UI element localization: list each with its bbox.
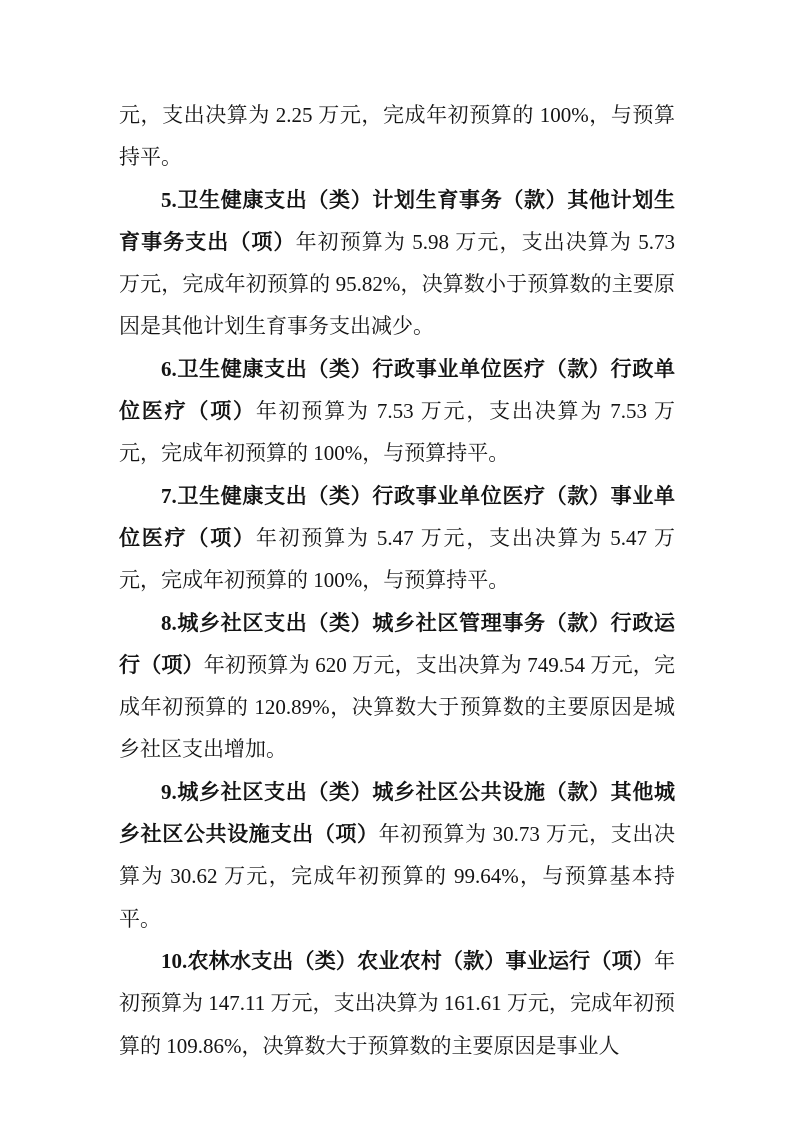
document-page: 元，支出决算为 2.25 万元，完成年初预算的 100%，与预算持平。 5.卫生… — [0, 0, 793, 1122]
paragraph-body: 元，支出决算为 2.25 万元，完成年初预算的 100%，与预算持平。 — [119, 103, 675, 169]
document-text-block: 元，支出决算为 2.25 万元，完成年初预算的 100%，与预算持平。 5.卫生… — [119, 94, 675, 1067]
paragraph-item-9: 9.城乡社区支出（类）城乡社区公共设施（款）其他城乡社区公共设施支出（项）年初预… — [119, 771, 675, 940]
paragraph-item-10: 10.农林水支出（类）农业农村（款）事业运行（项）年初预算为 147.11 万元… — [119, 940, 675, 1067]
paragraph-item-6: 6.卫生健康支出（类）行政事业单位医疗（款）行政单位医疗（项）年初预算为 7.5… — [119, 348, 675, 475]
paragraph-item-7: 7.卫生健康支出（类）行政事业单位医疗（款）事业单位医疗（项）年初预算为 5.4… — [119, 475, 675, 602]
paragraph-continuation: 元，支出决算为 2.25 万元，完成年初预算的 100%，与预算持平。 — [119, 94, 675, 179]
paragraph-item-8: 8.城乡社区支出（类）城乡社区管理事务（款）行政运行（项）年初预算为 620 万… — [119, 602, 675, 771]
paragraph-item-5: 5.卫生健康支出（类）计划生育事务（款）其他计划生育事务支出（项）年初预算为 5… — [119, 179, 675, 348]
paragraph-lead: 10.农林水支出（类）农业农村（款）事业运行（项） — [161, 949, 654, 973]
